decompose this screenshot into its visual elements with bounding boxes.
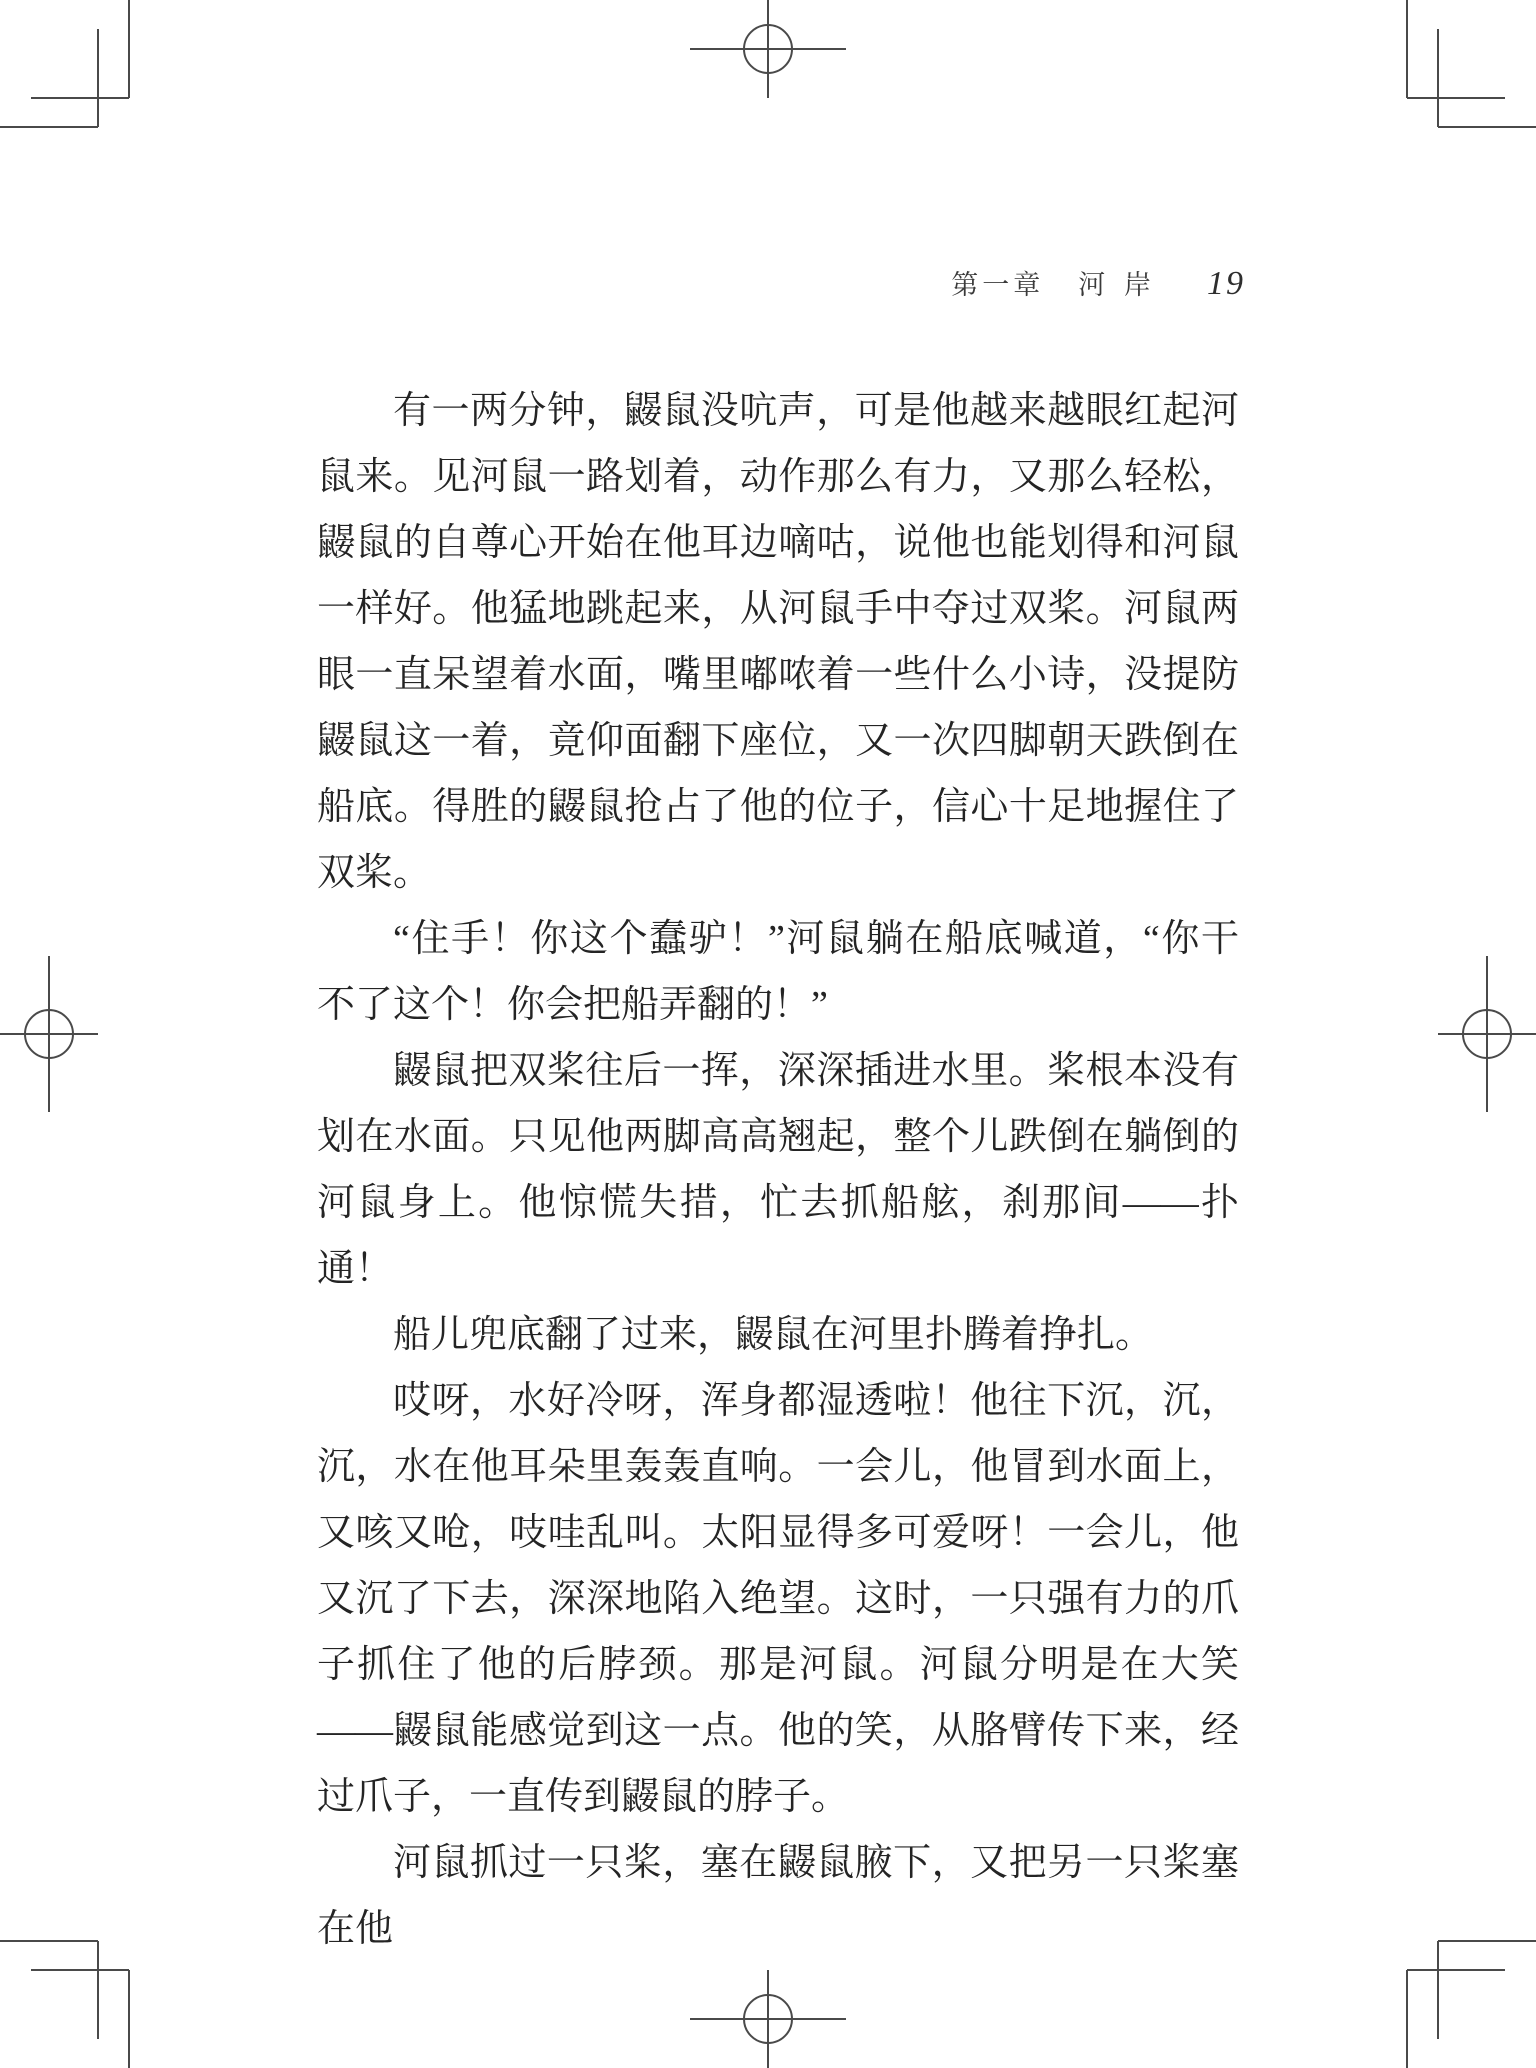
page-number: 19 xyxy=(1207,265,1245,303)
chapter-label: 第一章 xyxy=(951,263,1044,302)
paragraph: “住手！你这个蠢驴！”河鼠躺在船底喊道，“你干不了这个！你会把船弄翻的！” xyxy=(317,906,1239,1038)
paragraph: 哎呀，水好冷呀，浑身都湿透啦！他往下沉，沉，沉，水在他耳朵里轰轰直响。一会儿，他… xyxy=(317,1368,1239,1830)
crop-mark-bottom-left-icon xyxy=(0,1941,129,2068)
paragraph: 鼹鼠把双桨往后一挥，深深插进水里。桨根本没有划在水面。只见他两脚高高翘起，整个儿… xyxy=(317,1038,1239,1302)
paragraph: 船儿兜底翻了过来，鼹鼠在河里扑腾着挣扎。 xyxy=(317,1302,1239,1368)
registration-mark-top-icon xyxy=(690,0,846,98)
body-text: 有一两分钟，鼹鼠没吭声，可是他越来越眼红起河鼠来。见河鼠一路划着，动作那么有力，… xyxy=(317,378,1239,1962)
registration-mark-bottom-icon xyxy=(690,1970,846,2068)
book-page: 第一章 河 岸 19 有一两分钟，鼹鼠没吭声，可是他越来越眼红起河鼠来。见河鼠一… xyxy=(0,0,1536,2068)
crop-mark-top-left-icon xyxy=(0,0,129,127)
crop-mark-top-right-icon xyxy=(1407,0,1536,127)
registration-mark-left-icon xyxy=(0,956,98,1112)
paragraph: 河鼠抓过一只桨，塞在鼹鼠腋下，又把另一只桨塞在他 xyxy=(317,1830,1239,1962)
paragraph: 有一两分钟，鼹鼠没吭声，可是他越来越眼红起河鼠来。见河鼠一路划着，动作那么有力，… xyxy=(317,378,1239,906)
running-header: 第一章 河 岸 19 xyxy=(951,263,1245,303)
chapter-title: 河 岸 xyxy=(1078,263,1157,302)
registration-mark-right-icon xyxy=(1438,956,1536,1112)
crop-mark-bottom-right-icon xyxy=(1407,1941,1536,2068)
